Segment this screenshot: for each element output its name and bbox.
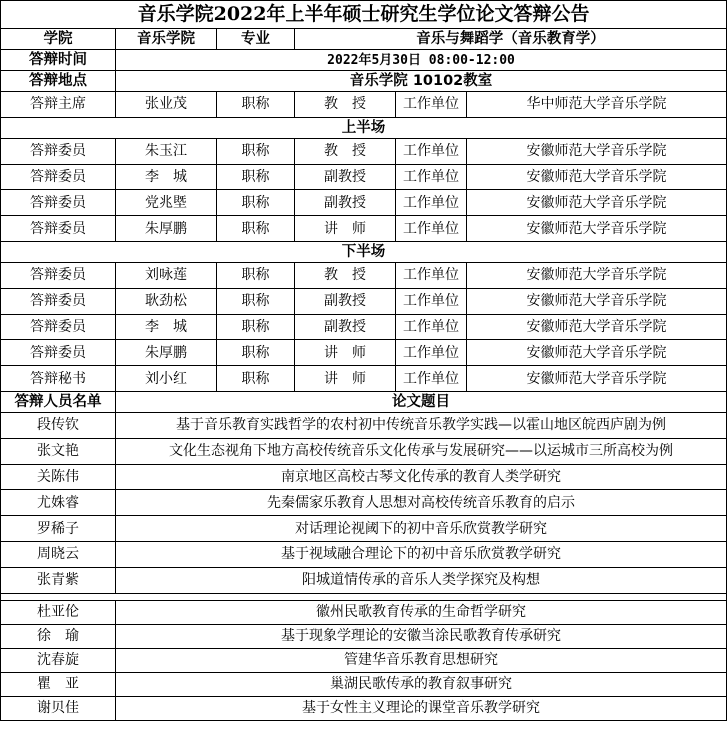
- college-row: 学院 音乐学院 专业 音乐与舞蹈学（音乐教育学）: [1, 29, 727, 50]
- candidates-thesis-header: 论文题目: [116, 391, 727, 412]
- thesis-title: 基于女性主义理论的课堂音乐教学研究: [116, 696, 727, 720]
- member-unit-label: 工作单位: [396, 216, 467, 242]
- member-title-value: 讲 师: [295, 366, 396, 392]
- thesis-title: 南京地区高校古琴文化传承的教育人类学研究: [116, 464, 727, 490]
- member-title-label: 职称: [217, 288, 295, 314]
- member-row: 答辩委员 朱厚鹏 职称 讲 师 工作单位 安徽师范大学音乐学院: [1, 340, 727, 366]
- candidate-row: 徐 瑜 基于现象学理论的安徽当涂民歌教育传承研究: [1, 624, 727, 648]
- member-name: 李 城: [116, 314, 217, 340]
- candidate-name: 沈春旋: [1, 648, 116, 672]
- member-name: 李 城: [116, 164, 217, 190]
- candidate-row: 沈春旋 管建华音乐教育思想研究: [1, 648, 727, 672]
- member-row: 答辩委员 耿劲松 职称 副教授 工作单位 安徽师范大学音乐学院: [1, 288, 727, 314]
- member-unit-label: 工作单位: [396, 262, 467, 288]
- member-title-label: 职称: [217, 190, 295, 216]
- member-title-value: 教 授: [295, 262, 396, 288]
- candidates-name-header: 答辩人员名单: [1, 391, 116, 412]
- thesis-title: 文化生态视角下地方高校传统音乐文化传承与发展研究——以运城市三所高校为例: [116, 438, 727, 464]
- member-unit-value: 安徽师范大学音乐学院: [467, 216, 727, 242]
- member-title-value: 讲 师: [295, 216, 396, 242]
- member-row: 答辩委员 党兆塈 职称 副教授 工作单位 安徽师范大学音乐学院: [1, 190, 727, 216]
- candidate-row: 周晓云 基于视域融合理论下的初中音乐欣赏教学研究: [1, 541, 727, 567]
- member-role: 答辩委员: [1, 314, 116, 340]
- member-title-label: 职称: [217, 340, 295, 366]
- candidate-row: 罗稀子 对话理论视阈下的初中音乐欣赏教学研究: [1, 516, 727, 542]
- candidate-name: 徐 瑜: [1, 624, 116, 648]
- chair-unit-value: 华中师范大学音乐学院: [467, 92, 727, 118]
- candidate-name: 杜亚伦: [1, 600, 116, 624]
- page-title: 音乐学院2022年上半年硕士研究生学位论文答辩公告: [1, 1, 727, 29]
- session-heading-row: 上半场: [1, 117, 727, 138]
- place-label: 答辩地点: [1, 71, 116, 92]
- member-title-value: 副教授: [295, 190, 396, 216]
- thesis-title: 巢湖民歌传承的教育叙事研究: [116, 672, 727, 696]
- thesis-title: 管建华音乐教育思想研究: [116, 648, 727, 672]
- candidates-header-row: 答辩人员名单 论文题目: [1, 391, 727, 412]
- member-role: 答辩委员: [1, 138, 116, 164]
- group-separator-row: [1, 593, 727, 600]
- member-title-label: 职称: [217, 216, 295, 242]
- member-row: 答辩委员 刘咏莲 职称 教 授 工作单位 安徽师范大学音乐学院: [1, 262, 727, 288]
- member-role: 答辩委员: [1, 164, 116, 190]
- member-title-value: 副教授: [295, 314, 396, 340]
- chair-title-label: 职称: [217, 92, 295, 118]
- candidate-name: 关陈伟: [1, 464, 116, 490]
- member-unit-value: 安徽师范大学音乐学院: [467, 366, 727, 392]
- member-unit-label: 工作单位: [396, 314, 467, 340]
- member-unit-value: 安徽师范大学音乐学院: [467, 340, 727, 366]
- member-row: 答辩委员 朱厚鹏 职称 讲 师 工作单位 安徽师范大学音乐学院: [1, 216, 727, 242]
- member-unit-value: 安徽师范大学音乐学院: [467, 288, 727, 314]
- member-title-value: 副教授: [295, 164, 396, 190]
- chair-unit-label: 工作单位: [396, 92, 467, 118]
- member-unit-label: 工作单位: [396, 288, 467, 314]
- candidate-name: 瞿 亚: [1, 672, 116, 696]
- time-row: 答辩时间 2022年5月30日 08:00-12:00: [1, 50, 727, 71]
- member-role: 答辩委员: [1, 190, 116, 216]
- member-role: 答辩委员: [1, 262, 116, 288]
- member-title-label: 职称: [217, 314, 295, 340]
- member-role: 答辩委员: [1, 288, 116, 314]
- session-heading-row: 下半场: [1, 241, 727, 262]
- member-unit-label: 工作单位: [396, 340, 467, 366]
- candidate-row: 瞿 亚 巢湖民歌传承的教育叙事研究: [1, 672, 727, 696]
- member-row: 答辩委员 李 城 职称 副教授 工作单位 安徽师范大学音乐学院: [1, 314, 727, 340]
- member-row: 答辩委员 李 城 职称 副教授 工作单位 安徽师范大学音乐学院: [1, 164, 727, 190]
- member-unit-label: 工作单位: [396, 190, 467, 216]
- major-value: 音乐与舞蹈学（音乐教育学）: [295, 29, 727, 50]
- member-name: 耿劲松: [116, 288, 217, 314]
- candidate-row: 杜亚伦 徽州民歌教育传承的生命哲学研究: [1, 600, 727, 624]
- thesis-title: 徽州民歌教育传承的生命哲学研究: [116, 600, 727, 624]
- college-label: 学院: [1, 29, 116, 50]
- candidate-row: 关陈伟 南京地区高校古琴文化传承的教育人类学研究: [1, 464, 727, 490]
- candidate-name: 张青紫: [1, 567, 116, 593]
- chair-row: 答辩主席 张业茂 职称 教 授 工作单位 华中师范大学音乐学院: [1, 92, 727, 118]
- member-name: 朱玉江: [116, 138, 217, 164]
- member-unit-value: 安徽师范大学音乐学院: [467, 314, 727, 340]
- member-name: 刘小红: [116, 366, 217, 392]
- member-unit-value: 安徽师范大学音乐学院: [467, 138, 727, 164]
- member-name: 朱厚鹏: [116, 216, 217, 242]
- chair-role: 答辩主席: [1, 92, 116, 118]
- candidate-row: 张青紫 阳城道情传承的音乐人类学探究及构想: [1, 567, 727, 593]
- defense-announcement-sheet: 音乐学院2022年上半年硕士研究生学位论文答辩公告 学院 音乐学院 专业 音乐与…: [0, 0, 727, 740]
- college-value: 音乐学院: [116, 29, 217, 50]
- candidate-row: 谢贝佳 基于女性主义理论的课堂音乐教学研究: [1, 696, 727, 720]
- member-title-label: 职称: [217, 164, 295, 190]
- candidate-row: 段传钦 基于音乐教育实践哲学的农村初中传统音乐教学实践—以霍山地区皖西庐剧为例: [1, 412, 727, 438]
- member-title-value: 讲 师: [295, 340, 396, 366]
- group-separator: [1, 593, 727, 600]
- member-unit-label: 工作单位: [396, 138, 467, 164]
- session-heading: 下半场: [1, 241, 727, 262]
- member-name: 朱厚鹏: [116, 340, 217, 366]
- member-unit-value: 安徽师范大学音乐学院: [467, 164, 727, 190]
- candidate-name: 尤姝睿: [1, 490, 116, 516]
- member-role: 答辩秘书: [1, 366, 116, 392]
- thesis-title: 基于视域融合理论下的初中音乐欣赏教学研究: [116, 541, 727, 567]
- member-unit-value: 安徽师范大学音乐学院: [467, 190, 727, 216]
- candidate-name: 周晓云: [1, 541, 116, 567]
- announcement-table: 音乐学院2022年上半年硕士研究生学位论文答辩公告 学院 音乐学院 专业 音乐与…: [0, 0, 727, 721]
- candidate-row: 张文艳 文化生态视角下地方高校传统音乐文化传承与发展研究——以运城市三所高校为例: [1, 438, 727, 464]
- member-title-value: 教 授: [295, 138, 396, 164]
- member-role: 答辩委员: [1, 216, 116, 242]
- title-row: 音乐学院2022年上半年硕士研究生学位论文答辩公告: [1, 1, 727, 29]
- member-unit-label: 工作单位: [396, 366, 467, 392]
- place-row: 答辩地点 音乐学院 10102教室: [1, 71, 727, 92]
- member-row: 答辩委员 朱玉江 职称 教 授 工作单位 安徽师范大学音乐学院: [1, 138, 727, 164]
- candidate-name: 罗稀子: [1, 516, 116, 542]
- place-value: 音乐学院 10102教室: [116, 71, 727, 92]
- thesis-title: 阳城道情传承的音乐人类学探究及构想: [116, 567, 727, 593]
- member-title-label: 职称: [217, 366, 295, 392]
- candidate-row: 尤姝睿 先秦儒家乐教育人思想对高校传统音乐教育的启示: [1, 490, 727, 516]
- member-title-value: 副教授: [295, 288, 396, 314]
- time-value: 2022年5月30日 08:00-12:00: [116, 50, 727, 71]
- thesis-title: 基于现象学理论的安徽当涂民歌教育传承研究: [116, 624, 727, 648]
- member-role: 答辩委员: [1, 340, 116, 366]
- time-label: 答辩时间: [1, 50, 116, 71]
- candidate-name: 段传钦: [1, 412, 116, 438]
- major-label: 专业: [217, 29, 295, 50]
- session-heading: 上半场: [1, 117, 727, 138]
- member-title-label: 职称: [217, 138, 295, 164]
- member-unit-value: 安徽师范大学音乐学院: [467, 262, 727, 288]
- thesis-title: 先秦儒家乐教育人思想对高校传统音乐教育的启示: [116, 490, 727, 516]
- member-name: 党兆塈: [116, 190, 217, 216]
- thesis-title: 对话理论视阈下的初中音乐欣赏教学研究: [116, 516, 727, 542]
- candidate-name: 谢贝佳: [1, 696, 116, 720]
- member-unit-label: 工作单位: [396, 164, 467, 190]
- chair-name: 张业茂: [116, 92, 217, 118]
- secretary-row: 答辩秘书 刘小红 职称 讲 师 工作单位 安徽师范大学音乐学院: [1, 366, 727, 392]
- chair-title-value: 教 授: [295, 92, 396, 118]
- member-name: 刘咏莲: [116, 262, 217, 288]
- candidate-name: 张文艳: [1, 438, 116, 464]
- member-title-label: 职称: [217, 262, 295, 288]
- thesis-title: 基于音乐教育实践哲学的农村初中传统音乐教学实践—以霍山地区皖西庐剧为例: [116, 412, 727, 438]
